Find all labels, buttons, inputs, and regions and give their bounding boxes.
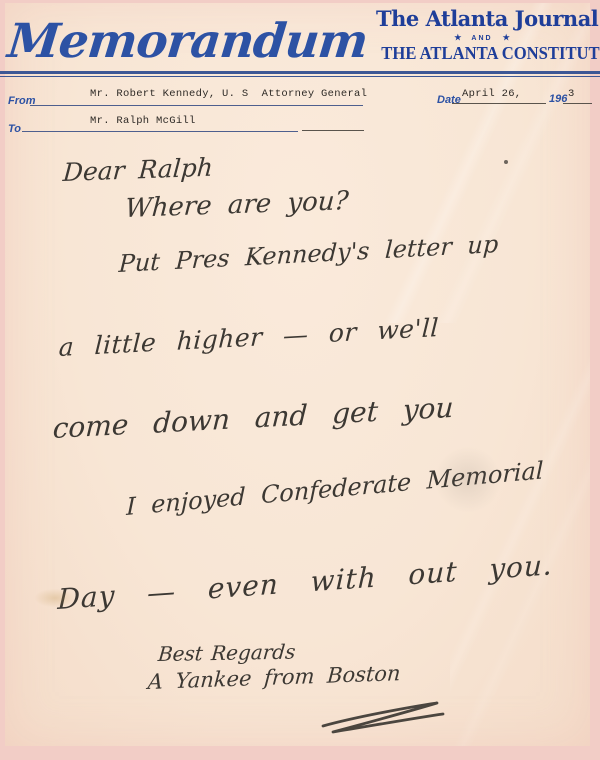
typed-year-digit: 3 (568, 88, 575, 100)
from-underline (30, 105, 363, 106)
date-value: April 26, (462, 88, 521, 100)
to-underline (22, 131, 298, 132)
atlanta-journal-name: The Atlanta Journal (376, 6, 588, 31)
to-label: To (8, 123, 21, 135)
double-rule-divider (0, 71, 600, 78)
to-value: Mr. Ralph McGill (90, 115, 196, 127)
year-underline (563, 103, 592, 104)
signature-flourish-icon (315, 698, 450, 742)
from-value: Mr. Robert Kennedy, U. S Attorney Genera… (90, 88, 367, 100)
plastic-sheen (450, 346, 590, 746)
and-label: AND (471, 35, 492, 42)
memorandum-title: Memorandum (5, 14, 370, 69)
star-icon: ★ (444, 33, 471, 42)
and-separator: ★AND★ (376, 33, 588, 42)
handwritten-closing: Best Regards (157, 640, 297, 666)
newspaper-masthead: The Atlanta Journal ★AND★ THE ATLANTA CO… (376, 6, 588, 64)
to-underline-typed-segment (302, 130, 364, 131)
star-icon: ★ (493, 33, 520, 42)
date-underline (452, 103, 546, 104)
atlanta-constitution-name: THE ATLANTA CONSTITUTION (381, 43, 582, 64)
handwritten-salutation: Dear Ralph (62, 153, 214, 187)
date-label: Date (437, 94, 461, 106)
ink-dot (504, 160, 508, 164)
